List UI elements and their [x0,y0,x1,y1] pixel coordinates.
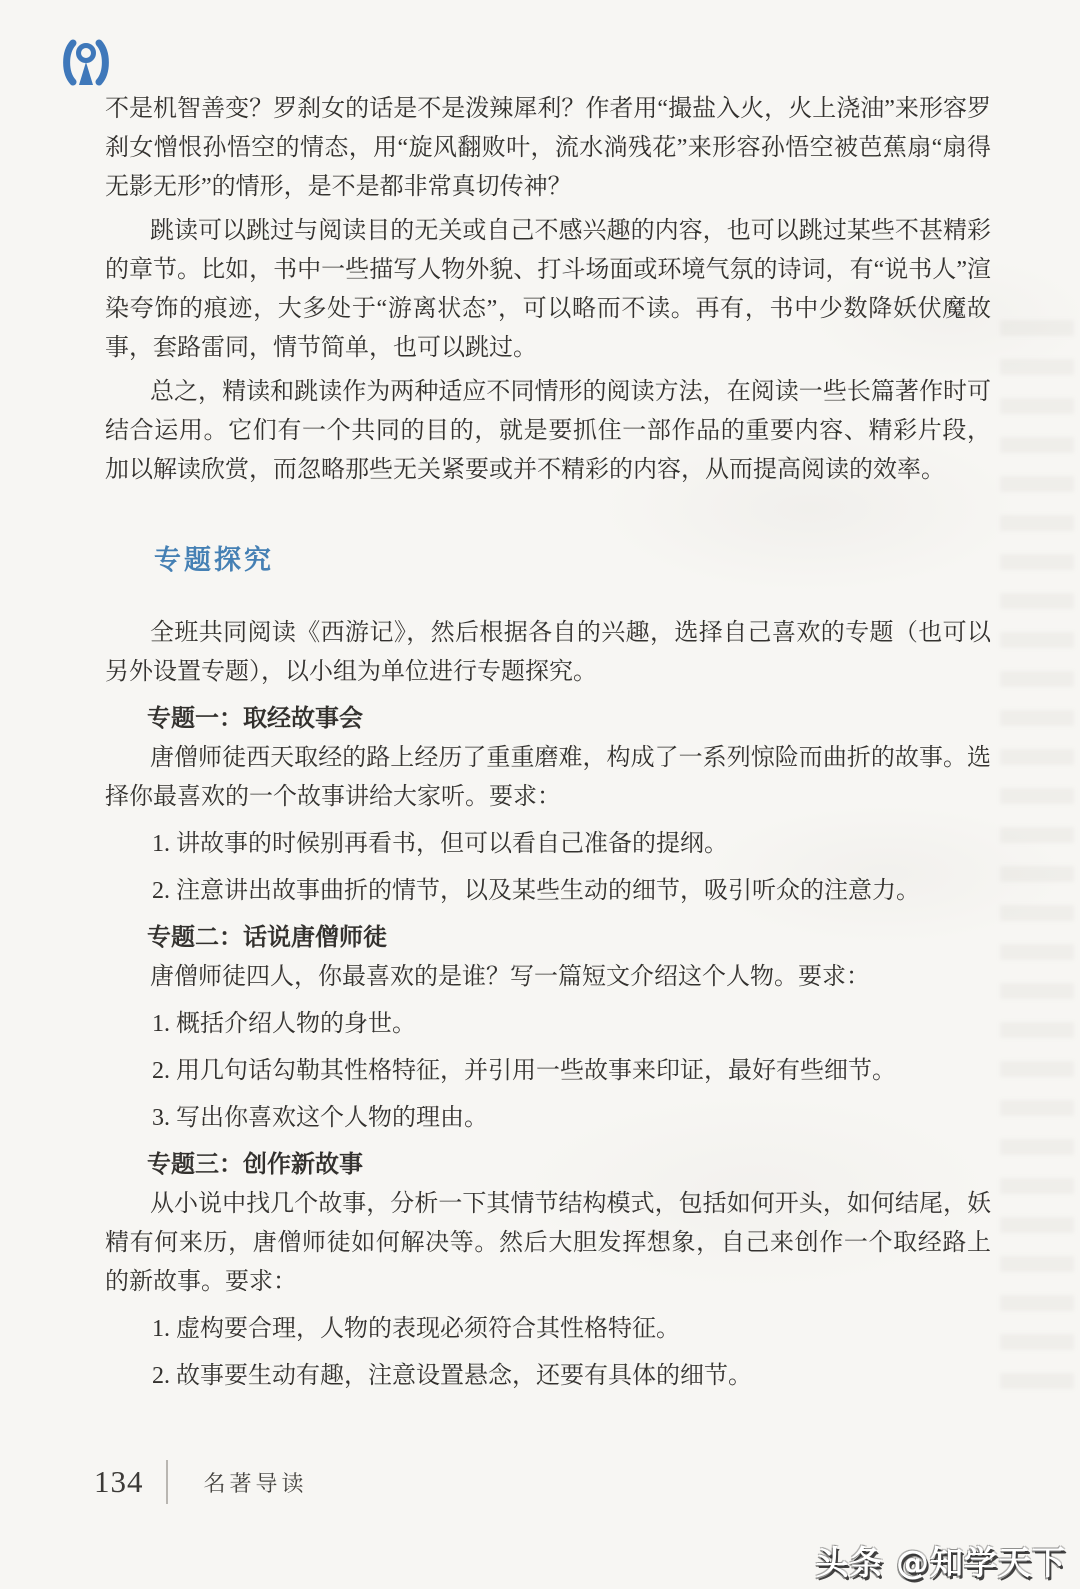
paragraph-summary: 总之，精读和跳读作为两种适应不同情形的阅读方法，在阅读一些长篇著作时可结合运用。… [105,373,991,490]
footer-divider [166,1460,168,1504]
topic-2-body: 唐僧师徒四人，你最喜欢的是谁？写一篇短文介绍这个人物。要求： [105,958,991,997]
topic-1-title: 专题一：取经故事会 [105,700,991,739]
paragraph-fine-reading-continued: 不是机智善变？罗刹女的话是不是泼辣犀利？作者用“撮盐入火，火上浇油”来形容罗刹女… [105,90,991,207]
broadcast-person-icon [54,36,118,96]
topic-2-item-3: 3. 写出你喜欢这个人物的理由。 [105,1099,991,1138]
page-number: 134 [94,1464,144,1500]
page-bleed-through [1000,320,1074,1400]
textbook-page: 不是机智善变？罗刹女的话是不是泼辣犀利？作者用“撮盐入火，火上浇油”来形容罗刹女… [0,0,1080,1589]
paragraph-skim-reading: 跳读可以跳过与阅读目的无关或自己不感兴趣的内容，也可以跳过某些不甚精彩的章节。比… [105,212,991,368]
topic-3-item-1: 1. 虚构要合理，人物的表现必须符合其性格特征。 [105,1310,991,1349]
topic-1-item-2: 2. 注意讲出故事曲折的情节，以及某些生动的细节，吸引听众的注意力。 [105,872,991,911]
topic-2-title: 专题二：话说唐僧师徒 [105,919,991,958]
footer-section-label: 名著导读 [204,1467,308,1498]
topic-1-item-1: 1. 讲故事的时候别再看书，但可以看自己准备的提纲。 [105,825,991,864]
topic-1-body: 唐僧师徒西天取经的路上经历了重重磨难，构成了一系列惊险而曲折的故事。选择你最喜欢… [105,739,991,817]
topic-2-item-2: 2. 用几句话勾勒其性格特征，并引用一些故事来印证，最好有些细节。 [105,1052,991,1091]
page-footer: 134 名著导读 [94,1458,308,1506]
topic-3-item-2: 2. 故事要生动有趣，注意设置悬念，还要有具体的细节。 [105,1357,991,1396]
topic-3-title: 专题三：创作新故事 [105,1146,991,1185]
topic-3-body: 从小说中找几个故事，分析一下其情节结构模式，包括如何开头，如何结尾，妖精有何来历… [105,1185,991,1302]
section-heading-topic-exploration: 专题探究 [105,540,991,580]
activity-intro: 全班共同阅读《西游记》，然后根据各自的兴趣，选择自己喜欢的专题（也可以另外设置专… [105,614,991,692]
toutiao-watermark: 头条 @知学天下 [816,1537,1067,1584]
topic-2-item-1: 1. 概括介绍人物的身世。 [105,1005,991,1044]
page-body-text: 不是机智善变？罗刹女的话是不是泼辣犀利？作者用“撮盐入火，火上浇油”来形容罗刹女… [105,90,991,1396]
